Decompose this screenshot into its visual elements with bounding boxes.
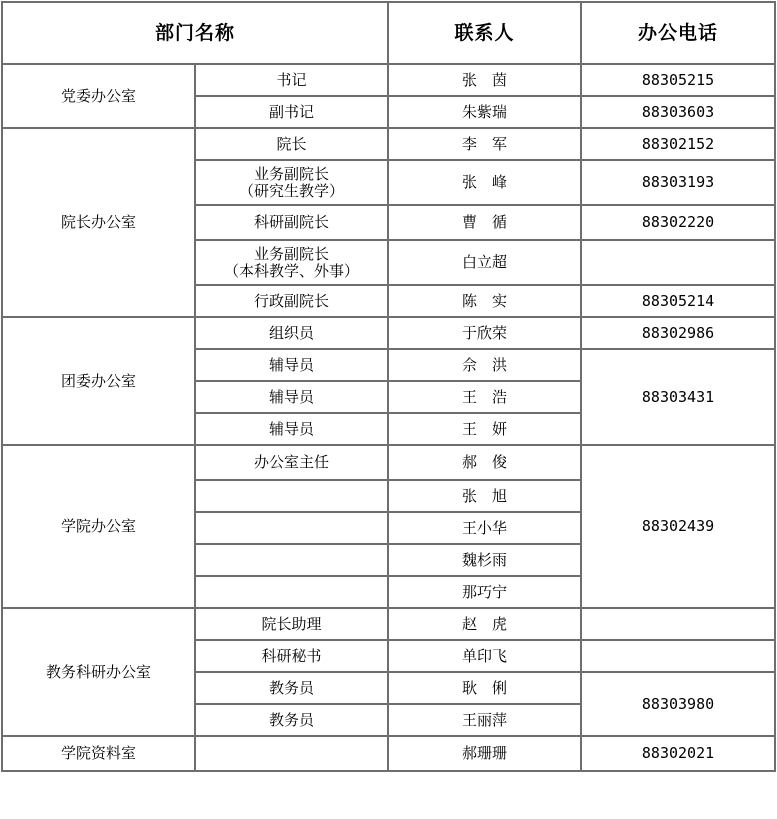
role-cell: 辅导员 bbox=[195, 413, 388, 445]
contact-cell: 王丽萍 bbox=[388, 704, 581, 736]
department-name: 学院办公室 bbox=[2, 445, 195, 608]
contact-cell: 郝珊珊 bbox=[388, 736, 581, 771]
phone-cell: 88302220 bbox=[581, 205, 775, 240]
contact-cell: 陈 实 bbox=[388, 285, 581, 317]
department-name: 教务科研办公室 bbox=[2, 608, 195, 736]
header-phone: 办公电话 bbox=[581, 2, 775, 64]
phone-cell bbox=[581, 640, 775, 672]
contact-cell: 耿 俐 bbox=[388, 672, 581, 704]
role-line: 业务副院长 bbox=[196, 246, 387, 263]
contact-cell: 王 妍 bbox=[388, 413, 581, 445]
phone-cell bbox=[581, 240, 775, 285]
role-cell bbox=[195, 736, 388, 771]
role-cell bbox=[195, 544, 388, 576]
contact-cell: 李 军 bbox=[388, 128, 581, 160]
role-cell: 业务副院长 （本科教学、外事） bbox=[195, 240, 388, 285]
phone-cell: 88305215 bbox=[581, 64, 775, 96]
role-cell bbox=[195, 480, 388, 512]
contact-cell: 单印飞 bbox=[388, 640, 581, 672]
contact-cell: 张 茵 bbox=[388, 64, 581, 96]
phone-cell: 88302439 bbox=[581, 445, 775, 608]
contact-cell: 于欣荣 bbox=[388, 317, 581, 349]
role-cell: 院长助理 bbox=[195, 608, 388, 640]
phone-cell: 88302152 bbox=[581, 128, 775, 160]
table-row: 教务科研办公室 院长助理 赵 虎 bbox=[2, 608, 775, 640]
department-name: 团委办公室 bbox=[2, 317, 195, 445]
table-row: 团委办公室 组织员 于欣荣 88302986 bbox=[2, 317, 775, 349]
contact-cell: 朱紫瑞 bbox=[388, 96, 581, 128]
role-cell: 办公室主任 bbox=[195, 445, 388, 480]
role-cell: 教务员 bbox=[195, 672, 388, 704]
contact-cell: 王 浩 bbox=[388, 381, 581, 413]
role-cell: 业务副院长 （研究生教学） bbox=[195, 160, 388, 205]
header-row: 部门名称 联系人 办公电话 bbox=[2, 2, 775, 64]
role-cell: 科研秘书 bbox=[195, 640, 388, 672]
table-row: 学院资料室 郝珊珊 88302021 bbox=[2, 736, 775, 771]
phone-cell bbox=[581, 608, 775, 640]
phone-cell: 88303980 bbox=[581, 672, 775, 736]
header-contact: 联系人 bbox=[388, 2, 581, 64]
contact-cell: 曹 循 bbox=[388, 205, 581, 240]
phone-cell: 88303431 bbox=[581, 349, 775, 445]
table-row: 党委办公室 书记 张 茵 88305215 bbox=[2, 64, 775, 96]
table-row: 院长办公室 院长 李 军 88302152 bbox=[2, 128, 775, 160]
table-row: 学院办公室 办公室主任 郝 俊 88302439 bbox=[2, 445, 775, 480]
contact-cell: 张 峰 bbox=[388, 160, 581, 205]
role-note: （本科教学、外事） bbox=[196, 263, 387, 280]
department-name: 院长办公室 bbox=[2, 128, 195, 317]
phone-cell: 88302021 bbox=[581, 736, 775, 771]
department-name: 学院资料室 bbox=[2, 736, 195, 771]
department-contacts-table: 部门名称 联系人 办公电话 党委办公室 书记 张 茵 88305215 副书记 … bbox=[1, 1, 776, 772]
role-cell: 书记 bbox=[195, 64, 388, 96]
role-note: （研究生教学） bbox=[196, 183, 387, 200]
phone-cell: 88303193 bbox=[581, 160, 775, 205]
contact-cell: 那巧宁 bbox=[388, 576, 581, 608]
phone-cell: 88302986 bbox=[581, 317, 775, 349]
contact-cell: 白立超 bbox=[388, 240, 581, 285]
phone-cell: 88305214 bbox=[581, 285, 775, 317]
contact-cell: 赵 虎 bbox=[388, 608, 581, 640]
phone-cell: 88303603 bbox=[581, 96, 775, 128]
contact-cell: 郝 俊 bbox=[388, 445, 581, 480]
contact-cell: 佘 洪 bbox=[388, 349, 581, 381]
contact-cell: 张 旭 bbox=[388, 480, 581, 512]
role-cell bbox=[195, 512, 388, 544]
role-cell: 组织员 bbox=[195, 317, 388, 349]
header-department: 部门名称 bbox=[2, 2, 388, 64]
role-cell: 行政副院长 bbox=[195, 285, 388, 317]
contact-cell: 魏杉雨 bbox=[388, 544, 581, 576]
role-cell: 辅导员 bbox=[195, 381, 388, 413]
role-line: 业务副院长 bbox=[196, 166, 387, 183]
contact-cell: 王小华 bbox=[388, 512, 581, 544]
role-cell: 科研副院长 bbox=[195, 205, 388, 240]
role-cell: 教务员 bbox=[195, 704, 388, 736]
role-cell: 辅导员 bbox=[195, 349, 388, 381]
department-name: 党委办公室 bbox=[2, 64, 195, 128]
role-cell: 副书记 bbox=[195, 96, 388, 128]
role-cell: 院长 bbox=[195, 128, 388, 160]
role-cell bbox=[195, 576, 388, 608]
